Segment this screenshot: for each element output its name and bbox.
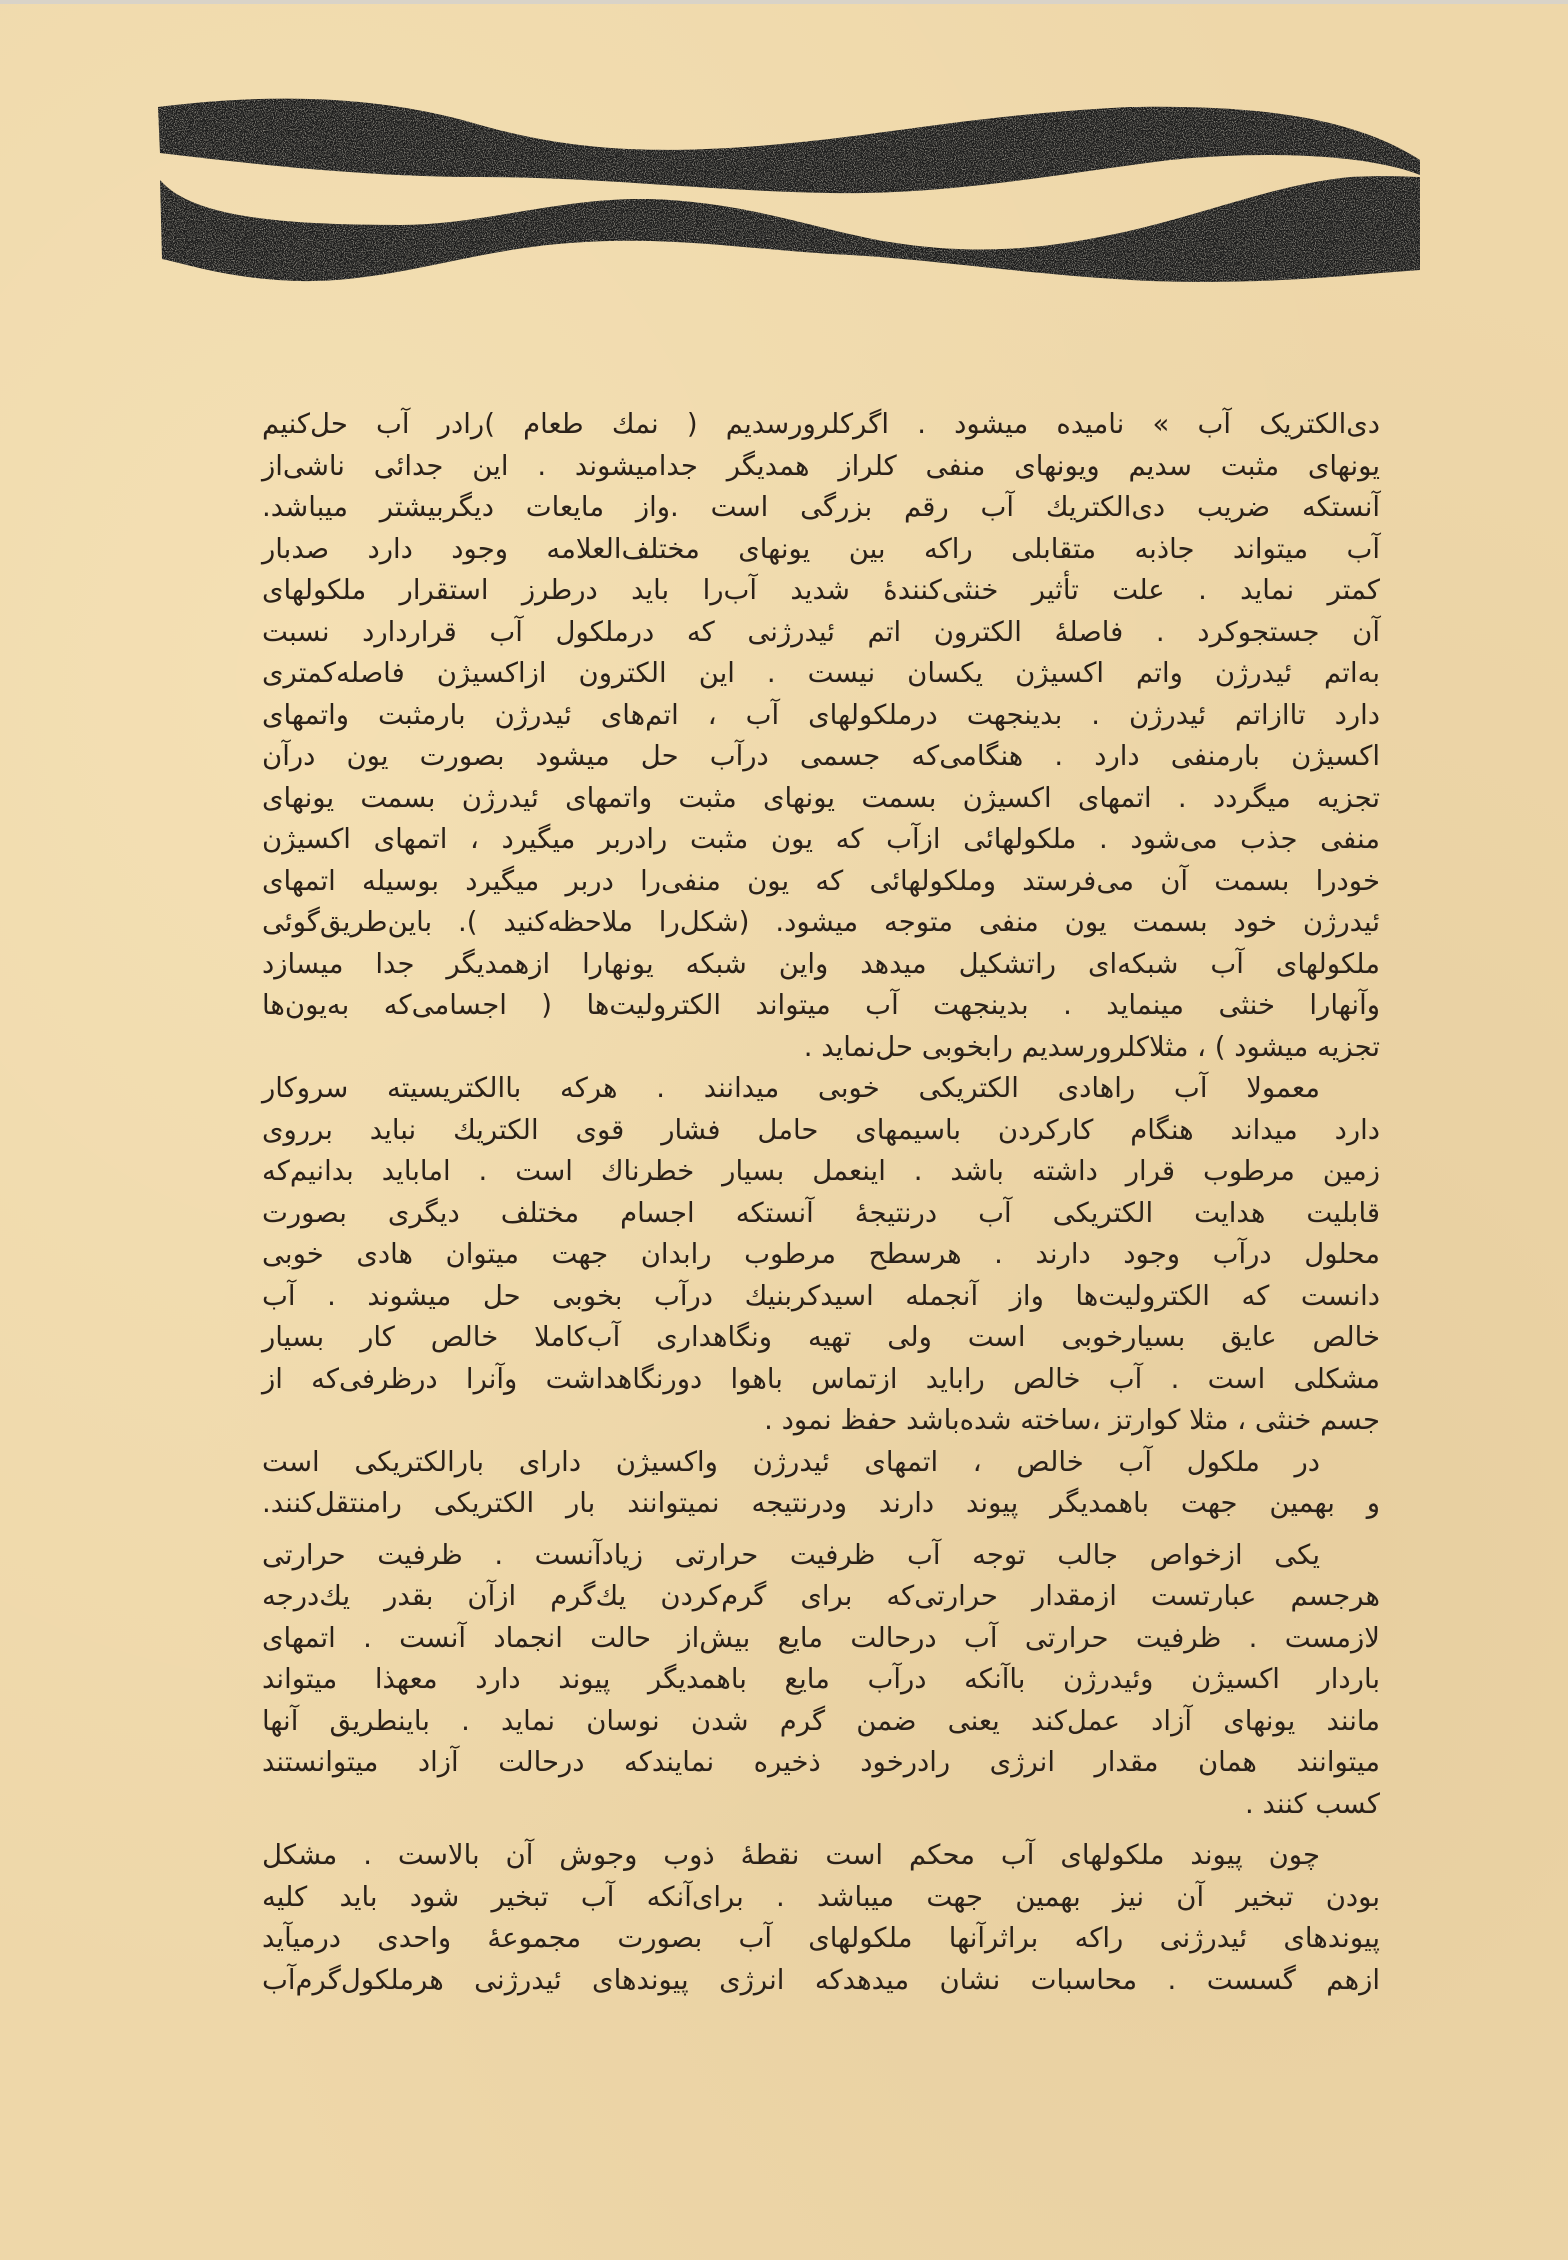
wave-ornament-icon	[150, 85, 1430, 285]
text-line: آنستکه ضریب دی‌الکتریك آب رقم بزرگی است …	[262, 487, 1380, 529]
paragraph-5: چون پیوند ملکولهای آب محکم است نقطهٔ ذوب…	[262, 1835, 1380, 2001]
text-line: به‌اتم ئیدرژن واتم اکسیژن یکسان نیست . ا…	[262, 653, 1380, 695]
text-line: خودرا بسمت آن می‌فرستد وملکولهائی که یون…	[262, 861, 1380, 903]
paragraph-gap	[262, 1525, 1380, 1535]
article-body: دی‌الکتریک آب » نامیده میشود . اگرکلرورس…	[262, 404, 1380, 2001]
text-line: مشکلی است . آب خالص رابايد ازتماس باهوا …	[262, 1359, 1380, 1401]
text-line: ئیدرژن خود بسمت یون منفی متوجه میشود. (ش…	[262, 902, 1380, 944]
paragraph-4: یکی ازخواص جالب توجه آب ظرفیت حرارتی زیا…	[262, 1535, 1380, 1826]
paragraph-2: معمولا آب راهادی الکتریکی خوبی میدانند .…	[262, 1068, 1380, 1442]
text-line: چون پیوند ملکولهای آب محکم است نقطهٔ ذوب…	[262, 1835, 1380, 1877]
text-line: بودن تبخیر آن نیز بهمین جهت میباشد . برا…	[262, 1877, 1380, 1919]
text-line: تجزیه میشود ) ، مثلاکلرورسدیم رابخوبی حل…	[262, 1027, 1380, 1069]
text-line: قابلیت هدایت الکتریکی آب درنتیجهٔ آنستکه…	[262, 1193, 1380, 1235]
text-line: و بهمین جهت باهمدیگر پیوند دارند ودرنتیج…	[262, 1483, 1380, 1525]
text-line: باردار اکسیژن وئیدرژن باآنکه درآب مایع ب…	[262, 1659, 1380, 1701]
text-line: محلول درآب وجود دارند . هرسطح مرطوب رابد…	[262, 1234, 1380, 1276]
text-line: یکی ازخواص جالب توجه آب ظرفیت حرارتی زیا…	[262, 1535, 1380, 1577]
text-line: کسب کنند .	[262, 1784, 1380, 1826]
text-line: زمین مرطوب قرار داشته باشد . اینعمل بسیا…	[262, 1151, 1380, 1193]
text-line: یونهای مثبت سدیم ویونهای منفی کلراز همدی…	[262, 446, 1380, 488]
text-line: دانست که الکترولیت‌ها واز آنجمله اسیدکرب…	[262, 1276, 1380, 1318]
text-line: خالص عایق بسیارخوبی است ولی تهیه ونگاهدا…	[262, 1317, 1380, 1359]
text-line: منفی جذب می‌شود . ملکولهائی ازآب که یون …	[262, 819, 1380, 861]
paragraph-1: دی‌الکتریک آب » نامیده میشود . اگرکلرورس…	[262, 404, 1380, 1068]
text-line: ملکولهای آب شبکه‌ای راتشکیل میدهد واین ش…	[262, 944, 1380, 986]
text-line: دارد میداند هنگام کارکردن باسیمهای حامل …	[262, 1110, 1380, 1152]
text-line: اکسیژن بارمنفی دارد . هنگامی‌که جسمی درآ…	[262, 736, 1380, 778]
text-line: هرجسم عبارتست ازمقدار حرارتی‌که برای گرم…	[262, 1576, 1380, 1618]
text-line: معمولا آب راهادی الکتریکی خوبی میدانند .…	[262, 1068, 1380, 1110]
text-line: تجزیه میگردد . اتمهای اکسیژن بسمت یونهای…	[262, 778, 1380, 820]
text-line: در ملکول آب خالص ، اتمهای ئیدرژن واکسیژن…	[262, 1442, 1380, 1484]
text-line: پیوندهای ئیدرژنی راکه براثرآنها ملکولهای…	[262, 1918, 1380, 1960]
page-top-edge	[0, 0, 1568, 4]
text-line: ازهم گسست . محاسبات نشان میدهدکه انرژی پ…	[262, 1960, 1380, 2002]
text-line: کمتر نماید . علت تأثیر خنثی‌کنندهٔ شدید …	[262, 570, 1380, 612]
paragraph-gap	[262, 1825, 1380, 1835]
lower-wave-band	[160, 176, 1420, 282]
text-line: جسم خنثی ، مثلا کوارتز ،ساخته شده‌باشد ح…	[262, 1400, 1380, 1442]
text-line: مانند یونهای آزاد عمل‌کند یعنی ضمن گرم ش…	[262, 1701, 1380, 1743]
text-line: دارد تاازاتم ئیدرژن . بدینجهت درملکولهای…	[262, 695, 1380, 737]
paragraph-3: در ملکول آب خالص ، اتمهای ئیدرژن واکسیژن…	[262, 1442, 1380, 1525]
text-line: آب میتواند جاذبه متقابلی راکه بین یونهای…	[262, 529, 1380, 571]
text-line: میتوانند همان مقدار انرژی رادرخود ذخیره …	[262, 1742, 1380, 1784]
text-line: لازمست . ظرفیت حرارتی آب درحالت مایع بیش…	[262, 1618, 1380, 1660]
text-line: وآنهارا خنثی مینماید . بدینجهت آب میتوان…	[262, 985, 1380, 1027]
text-line: آن جستجوکرد . فاصلهٔ الکترون اتم ئیدرژنی…	[262, 612, 1380, 654]
upper-wave-band	[158, 99, 1420, 194]
text-line: دی‌الکتریک آب » نامیده میشود . اگرکلرورس…	[262, 404, 1380, 446]
